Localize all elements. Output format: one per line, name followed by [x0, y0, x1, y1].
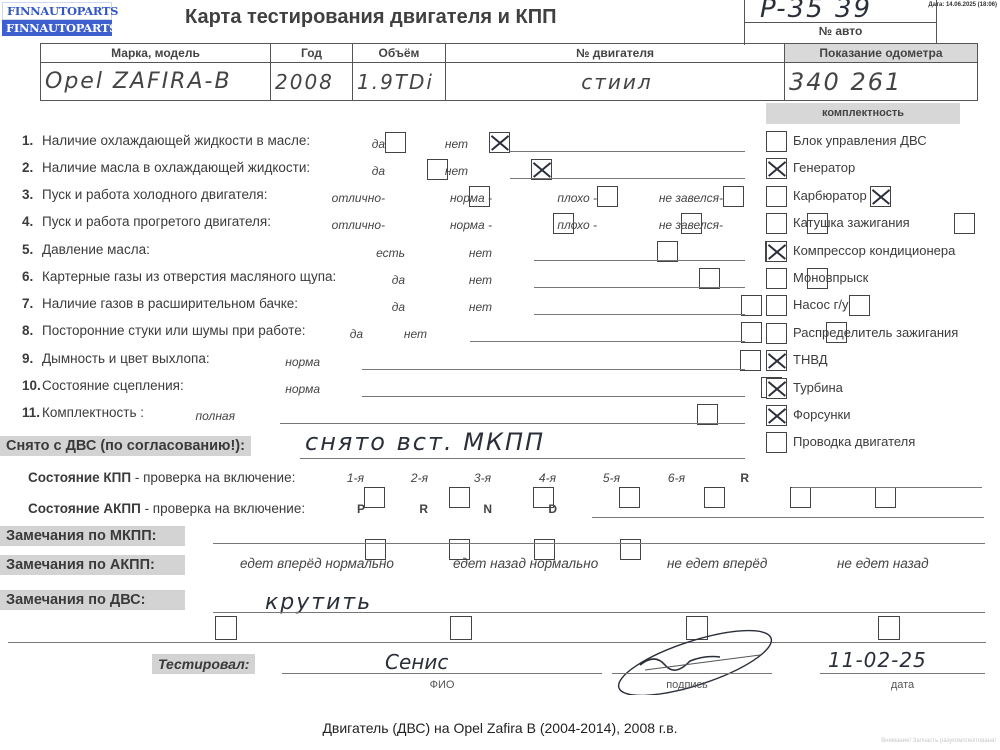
manual-gearbox-title: Состояние КПП [28, 470, 131, 485]
form-title: Карта тестирования двигателя и КПП [185, 6, 556, 29]
remarks-dvs-label: Замечания по ДВС: [0, 590, 185, 610]
completeness-checkbox[interactable] [766, 213, 787, 234]
test-date-caption: дата [820, 679, 985, 691]
checklist-row: 5.Давление масла: [22, 242, 150, 264]
engine-number-value: стиил [446, 63, 785, 101]
completeness-item: Генератор [766, 157, 855, 179]
option-label: нет [461, 296, 492, 318]
notes-line[interactable] [510, 178, 745, 179]
auto-gearbox-label: Состояние АКПП - проверка на включение: [28, 501, 305, 516]
completeness-checkbox[interactable] [766, 295, 787, 316]
gear-checkbox[interactable] [619, 487, 640, 508]
row-label: Состояние сцепления: [42, 378, 184, 393]
option-label: не завелся- [647, 214, 723, 236]
stamp-date: Дата: 14.06.2025 (18:06) [928, 2, 997, 8]
completeness-item: Блок управления ДВС [766, 130, 927, 152]
notes-line[interactable] [280, 423, 745, 424]
removed-value: снято вст. МКПП [305, 428, 545, 456]
auto-gearbox-subtitle: - проверка на включение: [141, 501, 305, 516]
option-label: плохо - [548, 187, 597, 209]
option-label: норма - [438, 187, 492, 209]
akpp-remark-label: не едет назад [837, 553, 929, 575]
row-label: Картерные газы из отверстия масляного щу… [42, 269, 336, 284]
gear-label: R [709, 467, 749, 489]
remarks-akpp-label: Замечания по АКПП: [0, 555, 185, 575]
completeness-checkbox[interactable] [766, 323, 787, 344]
completeness-item: Форсунки [766, 404, 850, 426]
removed-line [300, 458, 745, 459]
akpp-remark-label: не едет вперёд [667, 553, 767, 575]
gear-label: P [325, 498, 365, 520]
option-checkbox[interactable] [699, 268, 720, 289]
option-label: да [343, 323, 363, 345]
option-checkbox[interactable] [723, 186, 744, 207]
completeness-item: Катушка зажигания [766, 212, 910, 234]
checklist-row: 10.Состояние сцепления: [22, 378, 184, 400]
option-label: отлично- [318, 214, 385, 236]
remarks-mkpp-label: Замечания по МКПП: [0, 526, 185, 546]
checklist-row: 3.Пуск и работа холодного двигателя: [22, 187, 268, 209]
notes-line[interactable] [534, 287, 745, 288]
image-caption: Двигатель (ДВС) на Opel Zafira B (2004-2… [0, 720, 1000, 736]
akpp-remark-checkbox[interactable] [878, 616, 900, 640]
notes-line[interactable] [362, 396, 745, 397]
remarks-dvs-line [213, 612, 985, 613]
completeness-checkbox[interactable] [766, 432, 787, 453]
checklist-row: 2.Наличие масла в охлаждающей жидкости: [22, 160, 310, 182]
akpp-remark-label: едет вперёд нормально [240, 553, 394, 575]
checklist-row: 1.Наличие охлаждающей жидкости в масле: [22, 133, 310, 155]
completeness-label: Распределитель зажигания [793, 325, 958, 340]
option-label: отлично- [318, 187, 385, 209]
completeness-item: Распределитель зажигания [766, 322, 958, 344]
completeness-checkbox[interactable] [766, 378, 787, 399]
removed-label: Снято с ДВС (по согласованию!): [0, 436, 251, 456]
gear-label: D [517, 498, 557, 520]
completeness-item: ТНВД [766, 349, 828, 371]
completeness-item: Насос г/у [766, 294, 848, 316]
year-value: 2008 [271, 63, 353, 101]
completeness-header: комплектность [766, 103, 960, 124]
option-label: нет [437, 160, 468, 182]
option-label: да [388, 296, 405, 318]
make-model-value: Opel ZAFIRA-B [41, 63, 271, 101]
completeness-item: Турбина [766, 377, 843, 399]
row-number: 10. [22, 378, 42, 393]
completeness-item: Карбюратор [766, 185, 867, 207]
completeness-label: Проводка двигателя [793, 434, 915, 449]
row-label: Давление масла: [42, 242, 150, 257]
completeness-checkbox[interactable] [766, 186, 787, 207]
completeness-checkbox[interactable] [766, 131, 787, 152]
row-number: 1. [22, 133, 42, 148]
option-checkbox[interactable] [657, 241, 678, 262]
notes-line[interactable] [510, 151, 745, 152]
gear-checkbox[interactable] [704, 487, 725, 508]
gear-label: R [388, 498, 428, 520]
option-label: норма - [438, 214, 492, 236]
completeness-item: Моновпрыск [766, 267, 868, 289]
option-checkbox[interactable] [954, 213, 975, 234]
remarks-extra-line [8, 642, 986, 643]
gear-checkbox[interactable] [875, 487, 896, 508]
completeness-label: Моновпрыск [793, 270, 868, 285]
gear-label: 5-я [580, 467, 620, 489]
option-checkbox[interactable] [740, 350, 761, 371]
checklist-row: 9.Дымность и цвет выхлопа: [22, 351, 210, 373]
col-engine-number: № двигателя [446, 44, 785, 63]
row-label: Наличие газов в расширительном бачке: [42, 296, 298, 311]
row-number: 5. [22, 242, 42, 257]
notes-line[interactable] [470, 341, 745, 342]
notes-line[interactable] [534, 260, 745, 261]
auto-gearbox-line [592, 517, 984, 518]
option-label: да [388, 269, 405, 291]
completeness-label: Катушка зажигания [793, 215, 910, 230]
row-number: 3. [22, 187, 42, 202]
gear-label: 6-я [645, 467, 685, 489]
checklist-row: 11.Комплектность : [22, 405, 144, 427]
option-label: нет [398, 323, 427, 345]
manual-gearbox-subtitle: - проверка на включение: [131, 470, 295, 485]
completeness-label: Турбина [793, 380, 843, 395]
row-label: Пуск и работа холодного двигателя: [42, 187, 268, 202]
tester-name-line [282, 673, 602, 674]
option-label: норма [278, 351, 320, 373]
manual-gearbox-label: Состояние КПП - проверка на включение: [28, 470, 295, 485]
logo: FINNAUTOPARTS FINNAUTOPARTS [2, 2, 112, 36]
akpp-remark-checkbox[interactable] [215, 616, 237, 640]
logo-line-2: FINNAUTOPARTS [2, 20, 112, 36]
row-label: Наличие охлаждающей жидкости в масле: [42, 133, 310, 148]
option-label: плохо - [548, 214, 597, 236]
row-number: 9. [22, 351, 42, 366]
notes-line[interactable] [534, 314, 745, 315]
option-checkbox[interactable] [489, 132, 510, 153]
vehicle-info-table: Марка, модель Год Объём № двигателя Пока… [40, 43, 978, 101]
option-checkbox[interactable] [531, 159, 552, 180]
gear-label: 2-я [388, 467, 428, 489]
row-label: Наличие масла в охлаждающей жидкости: [42, 160, 310, 175]
row-number: 11. [22, 405, 42, 420]
row-label: Пуск и работа прогретого двигателя: [42, 214, 271, 229]
row-label: Посторонние стуки или шумы при работе: [42, 323, 306, 338]
gear-label: N [452, 498, 492, 520]
option-label: да [365, 160, 385, 182]
akpp-remark-label: едет назад нормально [453, 553, 598, 575]
vehicle-number-value: P-35 39 [760, 0, 872, 24]
option-label: нет [461, 269, 492, 291]
row-number: 4. [22, 214, 42, 229]
option-label: нет [437, 133, 468, 155]
gear-label: 4-я [516, 467, 556, 489]
checklist-row: 7.Наличие газов в расширительном бачке: [22, 296, 298, 318]
remarks-mkpp-line[interactable] [213, 543, 985, 544]
option-checkbox[interactable] [849, 295, 870, 316]
option-checkbox[interactable] [697, 404, 718, 425]
gear-checkbox[interactable] [790, 487, 811, 508]
option-checkbox[interactable] [741, 295, 762, 316]
completeness-label: Компрессор кондиционера [793, 243, 955, 258]
completeness-label: Насос г/у [793, 297, 848, 312]
volume-value: 1.9TDi [353, 63, 446, 101]
row-number: 7. [22, 296, 42, 311]
completeness-checkbox[interactable] [766, 158, 787, 179]
gear-label: 3-я [451, 467, 491, 489]
completeness-label: ТНВД [793, 352, 828, 367]
option-checkbox[interactable] [597, 186, 618, 207]
completeness-checkbox[interactable] [766, 350, 787, 371]
signature-caption: подпись [612, 679, 762, 691]
checklist-row: 4.Пуск и работа прогретого двигателя: [22, 214, 271, 236]
completeness-item: Компрессор кондиционера [766, 240, 955, 262]
option-label: да [365, 133, 385, 155]
row-number: 8. [22, 323, 42, 338]
completeness-item: Проводка двигателя [766, 431, 915, 453]
akpp-remark-checkbox[interactable] [450, 616, 472, 640]
row-number: 6. [22, 269, 42, 284]
option-label: есть [368, 242, 405, 264]
col-volume: Объём [353, 44, 446, 63]
odometer-value: 340 261 [785, 63, 978, 101]
notes-line[interactable] [362, 369, 745, 370]
col-year: Год [271, 44, 353, 63]
row-label: Комплектность : [42, 405, 144, 420]
option-label: норма [278, 378, 320, 400]
row-number: 2. [22, 160, 42, 175]
vehicle-number-label: № авто [744, 24, 937, 38]
option-label: полная [188, 405, 235, 427]
tester-name-caption: ФИО [282, 679, 602, 691]
option-label: не завелся- [647, 187, 723, 209]
completeness-label: Карбюратор [793, 188, 867, 203]
signature-line [612, 673, 772, 674]
auto-gearbox-title: Состояние АКПП [28, 501, 141, 516]
checklist-row: 6.Картерные газы из отверстия масляного … [22, 269, 336, 291]
tested-by-label: Тестировал: [152, 654, 255, 674]
col-make-model: Марка, модель [41, 44, 271, 63]
option-label: нет [461, 242, 492, 264]
completeness-label: Форсунки [793, 407, 850, 422]
watermark: Внимание! Запчасть разукомплектована! [881, 738, 996, 744]
col-odometer: Показание одометра [785, 44, 978, 63]
gear-checkbox[interactable] [364, 487, 385, 508]
completeness-checkbox[interactable] [766, 268, 787, 289]
test-date-line [820, 673, 985, 674]
completeness-checkbox[interactable] [766, 241, 787, 262]
tester-name-value: Сенис [385, 650, 448, 674]
checklist-row: 8.Посторонние стуки или шумы при работе: [22, 323, 306, 345]
test-date-value: 11-02-25 [828, 648, 927, 672]
completeness-label: Генератор [793, 160, 855, 175]
completeness-checkbox[interactable] [766, 405, 787, 426]
logo-line-1: FINNAUTOPARTS [2, 2, 112, 20]
gear-label: 1-я [324, 467, 364, 489]
row-label: Дымность и цвет выхлопа: [42, 351, 210, 366]
completeness-label: Блок управления ДВС [793, 133, 927, 148]
option-checkbox[interactable] [870, 186, 891, 207]
option-checkbox[interactable] [385, 132, 406, 153]
option-checkbox[interactable] [741, 322, 762, 343]
manual-gearbox-line [792, 487, 982, 488]
